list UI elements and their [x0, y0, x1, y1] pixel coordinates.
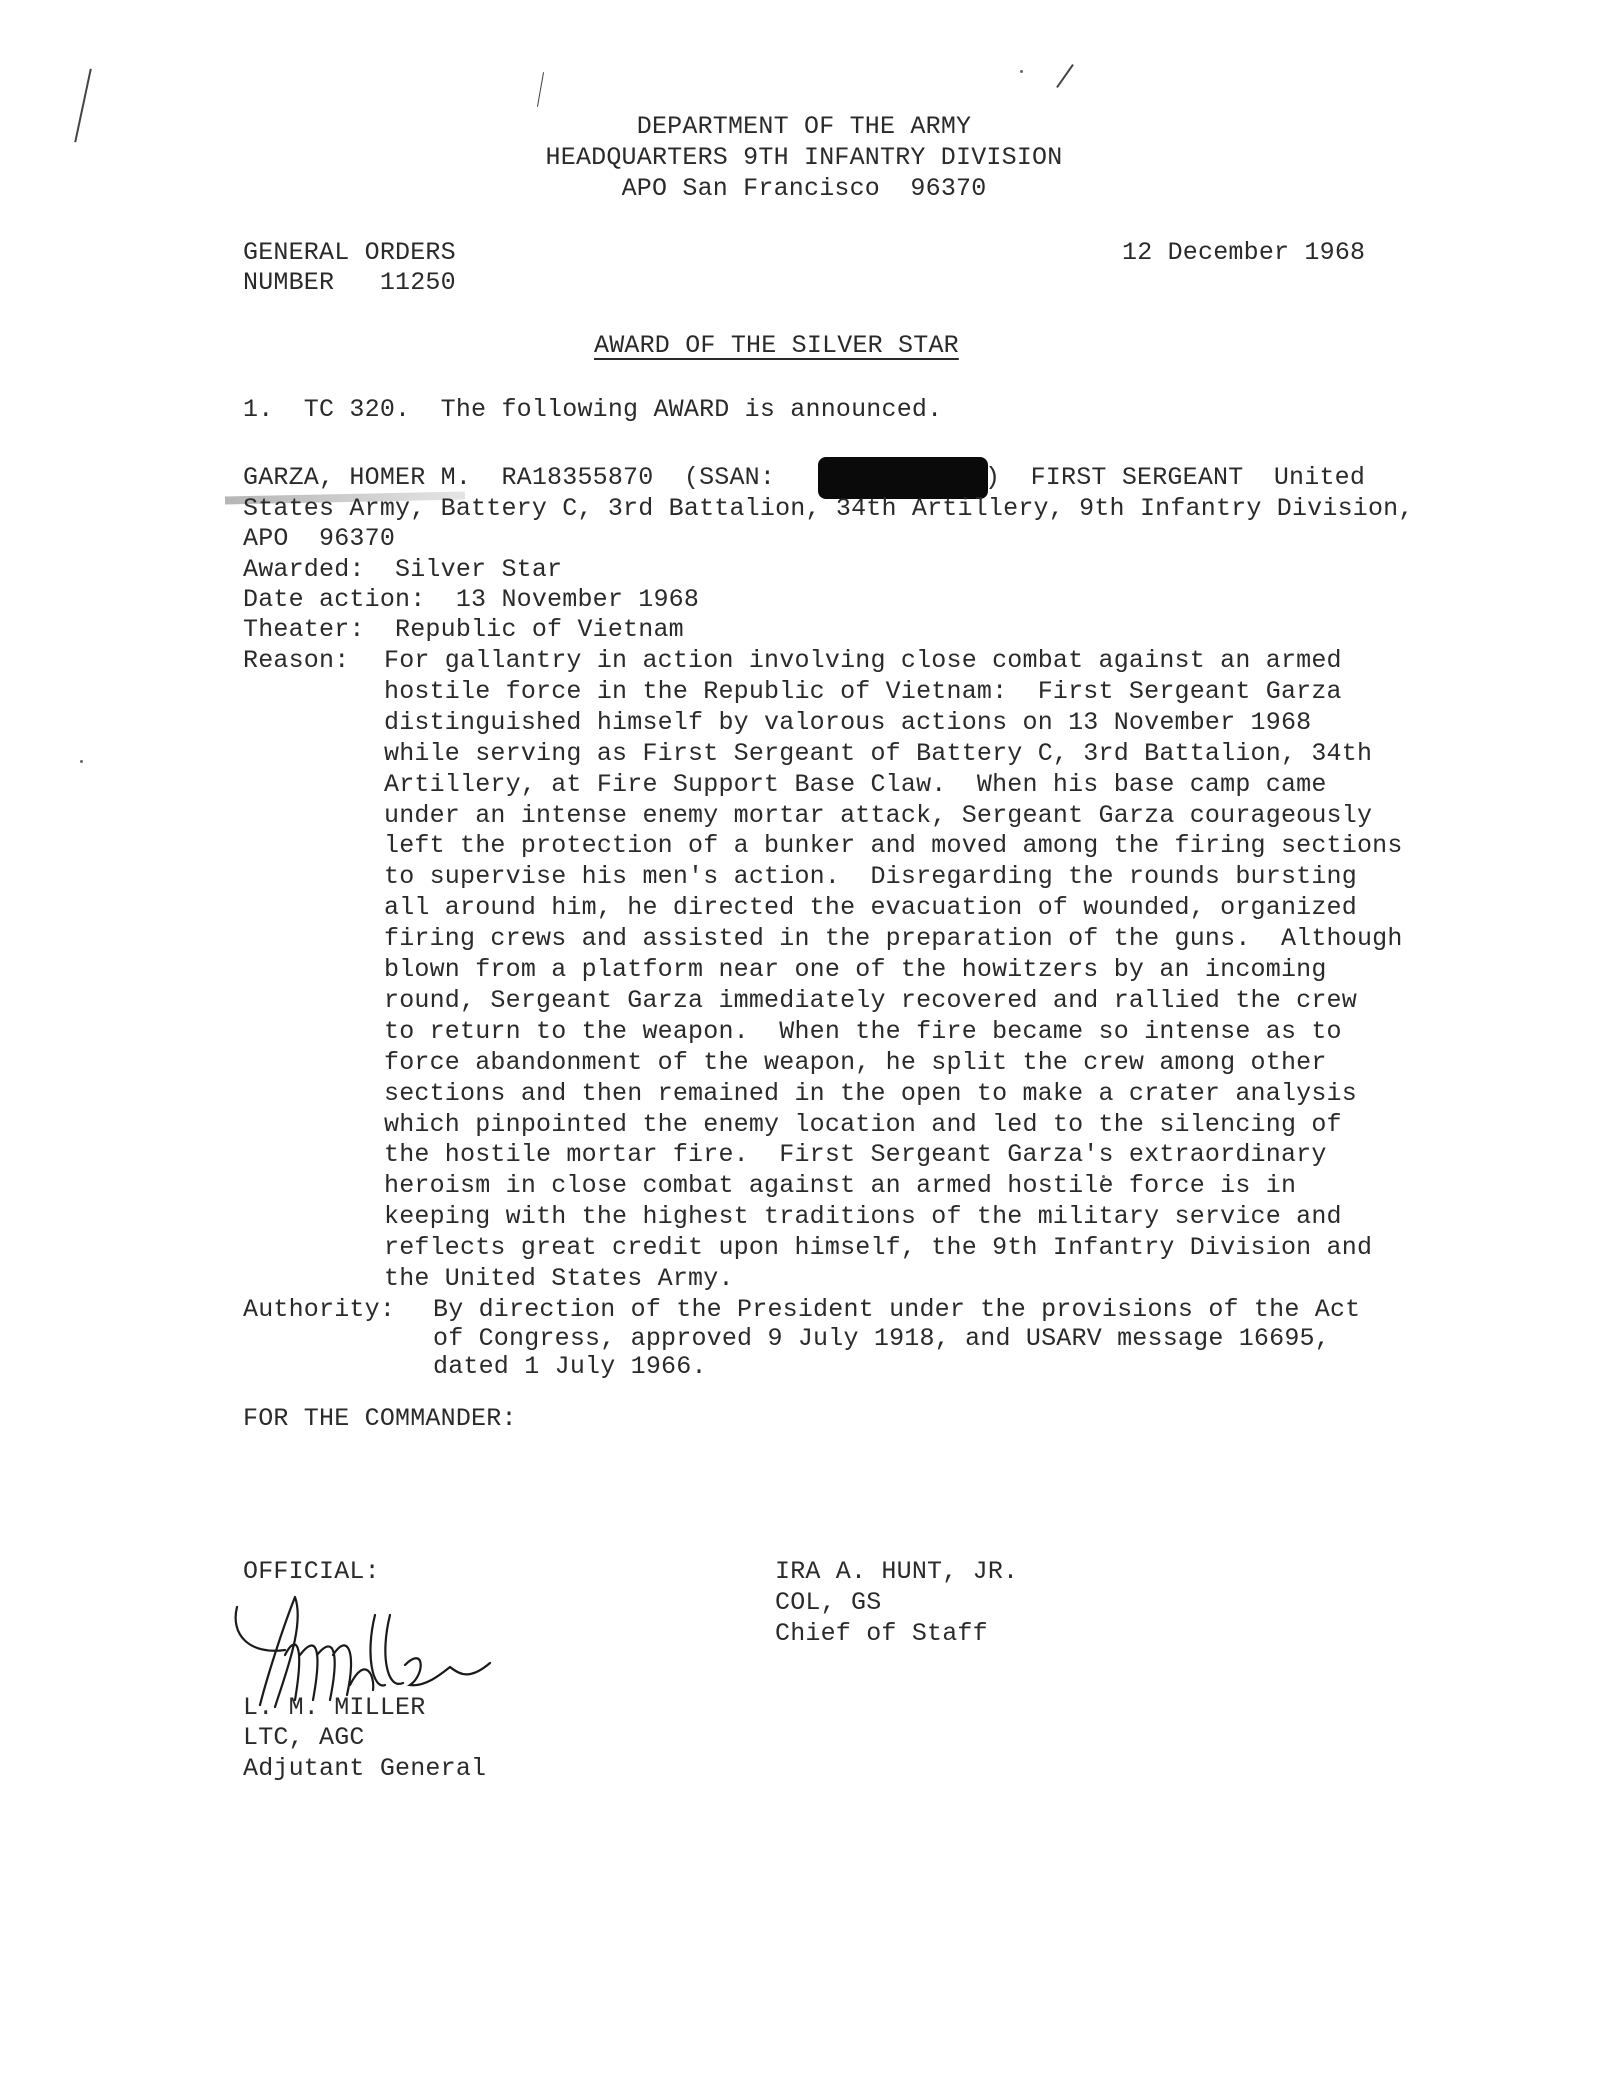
text-line: the hostile mortar fire. First Sergeant …	[384, 1140, 1327, 1170]
recipient-line-1b: ) FIRST SERGEANT United	[985, 463, 1365, 493]
for-the-commander: FOR THE COMMANDER:	[243, 1404, 517, 1434]
text-line: of Congress, approved 9 July 1918, and U…	[433, 1324, 1330, 1354]
recipient-line-3: APO 96370	[243, 524, 395, 554]
awarded-field: Awarded: Silver Star	[243, 555, 562, 585]
text-line: to supervise his men's action. Disregard…	[384, 862, 1357, 892]
text-line: under an intense enemy mortar attack, Se…	[384, 801, 1372, 831]
scan-mark	[537, 72, 544, 107]
text-line: By direction of the President under the …	[433, 1295, 1360, 1325]
official-name: L. M. MILLER	[243, 1693, 425, 1723]
text-line: reflects great credit upon himself, the …	[384, 1233, 1372, 1263]
authority-label: Authority:	[243, 1295, 395, 1325]
signer-name: IRA A. HUNT, JR.	[775, 1557, 1018, 1587]
text-line: force abandonment of the weapon, he spli…	[384, 1048, 1327, 1078]
text-line: For gallantry in action involving close …	[384, 646, 1342, 676]
scan-speck	[1020, 70, 1023, 73]
text-line: distinguished himself by valorous action…	[384, 708, 1311, 738]
announcement: 1. TC 320. The following AWARD is announ…	[243, 395, 942, 425]
scan-speck	[80, 760, 83, 763]
document-title: AWARD OF THE SILVER STAR	[594, 331, 959, 361]
theater-field: Theater: Republic of Vietnam	[243, 615, 684, 645]
letterhead-hq: HEADQUARTERS 9TH INFANTRY DIVISION	[0, 143, 1608, 173]
text-line: sections and then remained in the open t…	[384, 1079, 1357, 1109]
text-line: firing crews and assisted in the prepara…	[384, 924, 1403, 954]
signer-rank: COL, GS	[775, 1588, 881, 1618]
letterhead-department: DEPARTMENT OF THE ARMY	[0, 112, 1608, 142]
signer-title: Chief of Staff	[775, 1619, 988, 1649]
recipient-line-2: States Army, Battery C, 3rd Battalion, 3…	[243, 494, 1414, 524]
letterhead-apo: APO San Francisco 96370	[0, 174, 1608, 204]
text-line: blown from a platform near one of the ho…	[384, 955, 1327, 985]
official-rank: LTC, AGC	[243, 1723, 365, 1753]
text-line: to return to the weapon. When the fire b…	[384, 1017, 1342, 1047]
redaction-bar	[818, 457, 988, 499]
order-date: 12 December 1968	[1122, 238, 1365, 268]
scan-mark	[1056, 64, 1074, 88]
text-line: left the protection of a bunker and move…	[384, 831, 1403, 861]
recipient-line-1a: GARZA, HOMER M. RA18355870 (SSAN:	[243, 463, 775, 493]
text-line: hostile force in the Republic of Vietnam…	[384, 677, 1342, 707]
official-label: OFFICIAL:	[243, 1557, 380, 1587]
general-orders-number: NUMBER 11250	[243, 268, 456, 298]
text-line: dated 1 July 1966.	[433, 1352, 707, 1382]
text-line: the United States Army.	[384, 1264, 734, 1294]
date-action-field: Date action: 13 November 1968	[243, 585, 699, 615]
text-line: Artillery, at Fire Support Base Claw. Wh…	[384, 770, 1327, 800]
reason-label: Reason:	[243, 646, 349, 676]
official-title: Adjutant General	[243, 1754, 486, 1784]
text-line: keeping with the highest traditions of t…	[384, 1202, 1342, 1232]
general-orders-label: GENERAL ORDERS	[243, 238, 456, 268]
text-line: heroism in close combat against an armed…	[384, 1171, 1296, 1201]
text-line: which pinpointed the enemy location and …	[384, 1110, 1342, 1140]
text-line: round, Sergeant Garza immediately recove…	[384, 986, 1357, 1016]
text-line: all around him, he directed the evacuati…	[384, 893, 1357, 923]
text-line: while serving as First Sergeant of Batte…	[384, 739, 1372, 769]
